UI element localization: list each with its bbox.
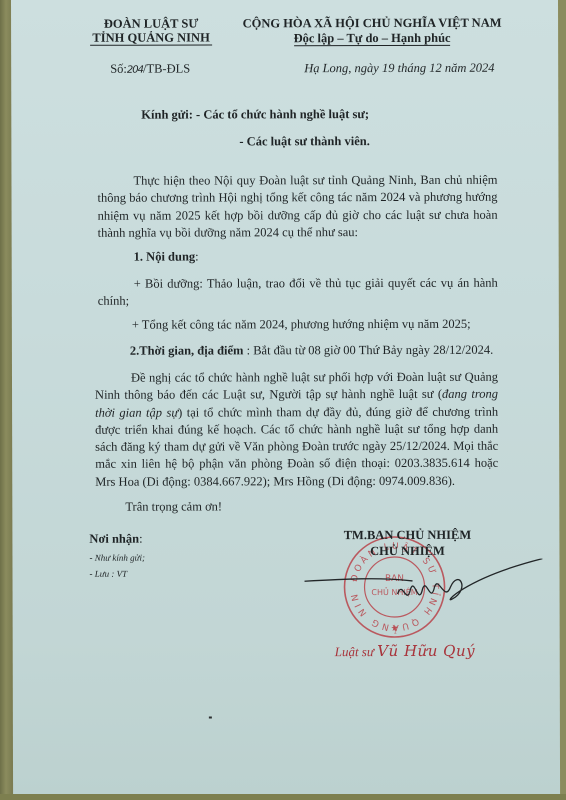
recipients-line1: Kính gửi: - Các tổ chức hành nghề luật s…	[141, 107, 369, 123]
place-date: Hạ Long, ngày 19 tháng 12 năm 2024	[304, 61, 494, 76]
recipients-line2: - Các luật sư thành viên.	[239, 134, 369, 149]
section1-item: + Bồi dưỡng: Thảo luận, trao đổi về thủ …	[98, 275, 498, 311]
country-name: CỘNG HÒA XÃ HỘI CHỦ NGHĨA VIỆT NAM	[237, 16, 507, 32]
document-number: Số:204/TB-ĐLS	[110, 62, 190, 77]
recipient-item: - Lưu : VT	[89, 569, 127, 579]
org-name-line2: TỈNH QUẢNG NINH	[90, 31, 211, 45]
handwritten-signature	[302, 559, 542, 620]
paper-speck	[209, 716, 212, 718]
section1-item: + Tổng kết công tác năm 2024, phương hướ…	[132, 317, 471, 333]
request-paragraph: Đề nghị các tổ chức hành nghề luật sư ph…	[95, 369, 498, 491]
desk-surface	[0, 794, 566, 800]
closing-text: Trân trọng cảm ơn!	[125, 499, 222, 514]
signer-title: TM.BAN CHỦ NHIỆM CHỦ NHIỆM	[322, 527, 492, 559]
motto: Độc lập – Tự do – Hạnh phúc	[294, 31, 451, 46]
intro-paragraph: Thực hiện theo Nội quy Đoàn luật sư tỉnh…	[97, 172, 497, 242]
recipient-item: - Như kính gửi;	[89, 553, 145, 563]
svg-text:★: ★	[391, 624, 399, 634]
section2-heading: 2.Thời gian, địa điểm : Bắt đầu từ 08 gi…	[130, 343, 493, 359]
issuing-organization: ĐOÀN LUẬT SƯ TỈNH QUẢNG NINH	[81, 16, 221, 45]
recipients-list-heading: Nơi nhận:	[89, 532, 142, 547]
document-page: ĐOÀN LUẬT SƯ TỈNH QUẢNG NINH CỘNG HÒA XÃ…	[11, 0, 560, 796]
org-name-line1: ĐOÀN LUẬT SƯ	[81, 16, 221, 30]
national-motto: CỘNG HÒA XÃ HỘI CHỦ NGHĨA VIỆT NAM Độc l…	[237, 16, 507, 47]
signer-name: Luật sư Vũ Hữu Quý	[335, 642, 475, 660]
section1-heading: 1. Nội dung:	[134, 250, 199, 265]
handwritten-number: 204	[127, 65, 143, 76]
